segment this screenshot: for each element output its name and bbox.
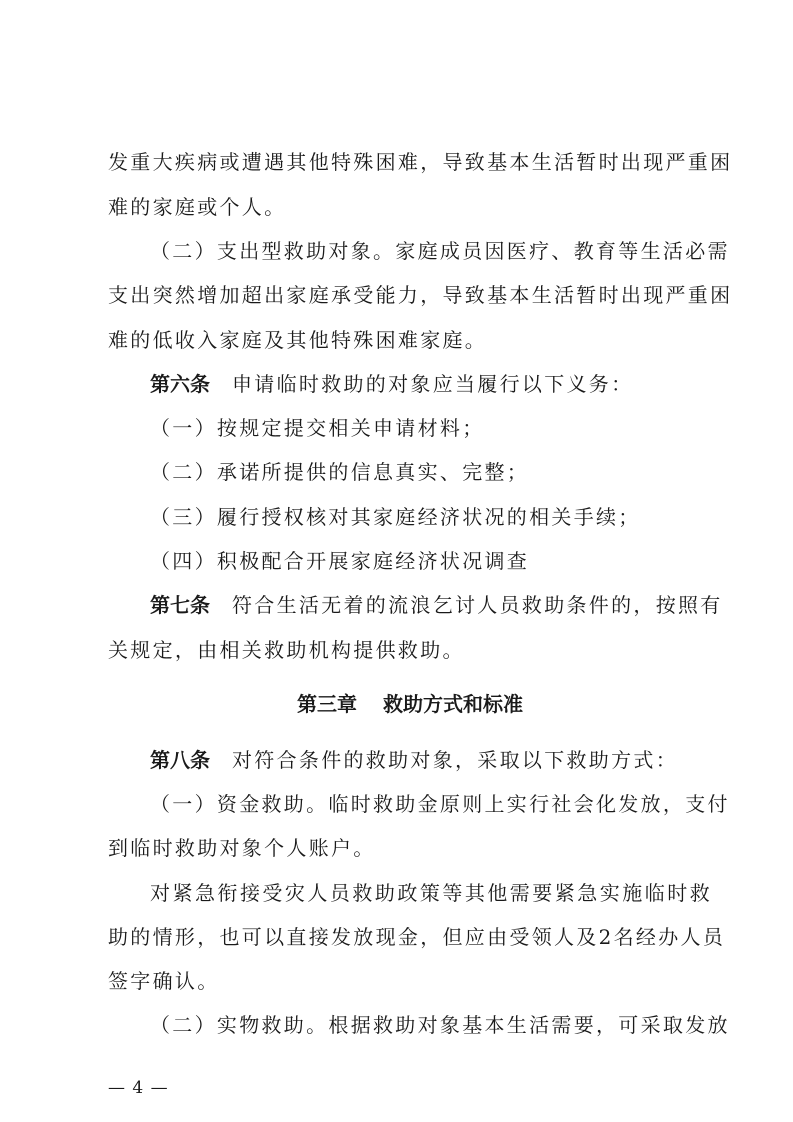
body-line: 支出突然增加超出家庭承受能力，导致基本生活暂时出现严重困 bbox=[108, 283, 712, 307]
body-line: 发重大疾病或遭遇其他特殊困难，导致基本生活暂时出现严重困 bbox=[108, 150, 712, 174]
body-line: 签字确认。 bbox=[108, 969, 712, 993]
body-line: 对紧急衔接受灾人员救助政策等其他需要紧急实施临时救 bbox=[150, 881, 712, 905]
body-line: 助的情形，也可以直接发放现金，但应由受领人及2名经办人员 bbox=[108, 925, 712, 949]
article-8-heading: 第八条 bbox=[150, 748, 210, 772]
body-line: （二）实物救助。根据救助对象基本生活需要，可采取发放 bbox=[150, 1013, 712, 1037]
article-7-text: 符合生活无着的流浪乞讨人员救助条件的，按照有 bbox=[232, 593, 723, 617]
article-7: 第七条符合生活无着的流浪乞讨人员救助条件的，按照有 bbox=[150, 593, 712, 617]
article-6-item-4: （四）积极配合开展家庭经济状况调查 bbox=[150, 549, 712, 573]
article-6-item-2: （二）承诺所提供的信息真实、完整； bbox=[150, 460, 712, 484]
article-6: 第六条申请临时救助的对象应当履行以下义务： bbox=[150, 372, 712, 396]
body-line: 难的低收入家庭及其他特殊困难家庭。 bbox=[108, 328, 712, 352]
body-line: 难的家庭或个人。 bbox=[108, 195, 712, 219]
article-6-text: 申请临时救助的对象应当履行以下义务： bbox=[232, 372, 633, 396]
chapter-heading: 第三章救助方式和标准 bbox=[108, 692, 712, 716]
body-line: （一）资金救助。临时救助金原则上实行社会化发放，支付 bbox=[150, 792, 712, 816]
article-6-item-3: （三）履行授权核对其家庭经济状况的相关手续； bbox=[150, 505, 712, 529]
chapter-title: 救助方式和标准 bbox=[383, 692, 523, 716]
article-8-text: 对符合条件的救助对象，采取以下救助方式： bbox=[232, 748, 678, 772]
chapter-number: 第三章 bbox=[297, 692, 357, 716]
page-number: — 4 — bbox=[108, 1078, 169, 1098]
article-8: 第八条对符合条件的救助对象，采取以下救助方式： bbox=[150, 748, 712, 772]
body-line: 到临时救助对象个人账户。 bbox=[108, 836, 712, 860]
body-line: 关规定，由相关救助机构提供救助。 bbox=[108, 638, 712, 662]
article-6-item-1: （一）按规定提交相关申请材料； bbox=[150, 416, 712, 440]
body-line: （二）支出型救助对象。家庭成员因医疗、教育等生活必需 bbox=[150, 239, 712, 263]
article-7-heading: 第七条 bbox=[150, 593, 210, 617]
article-6-heading: 第六条 bbox=[150, 372, 210, 396]
